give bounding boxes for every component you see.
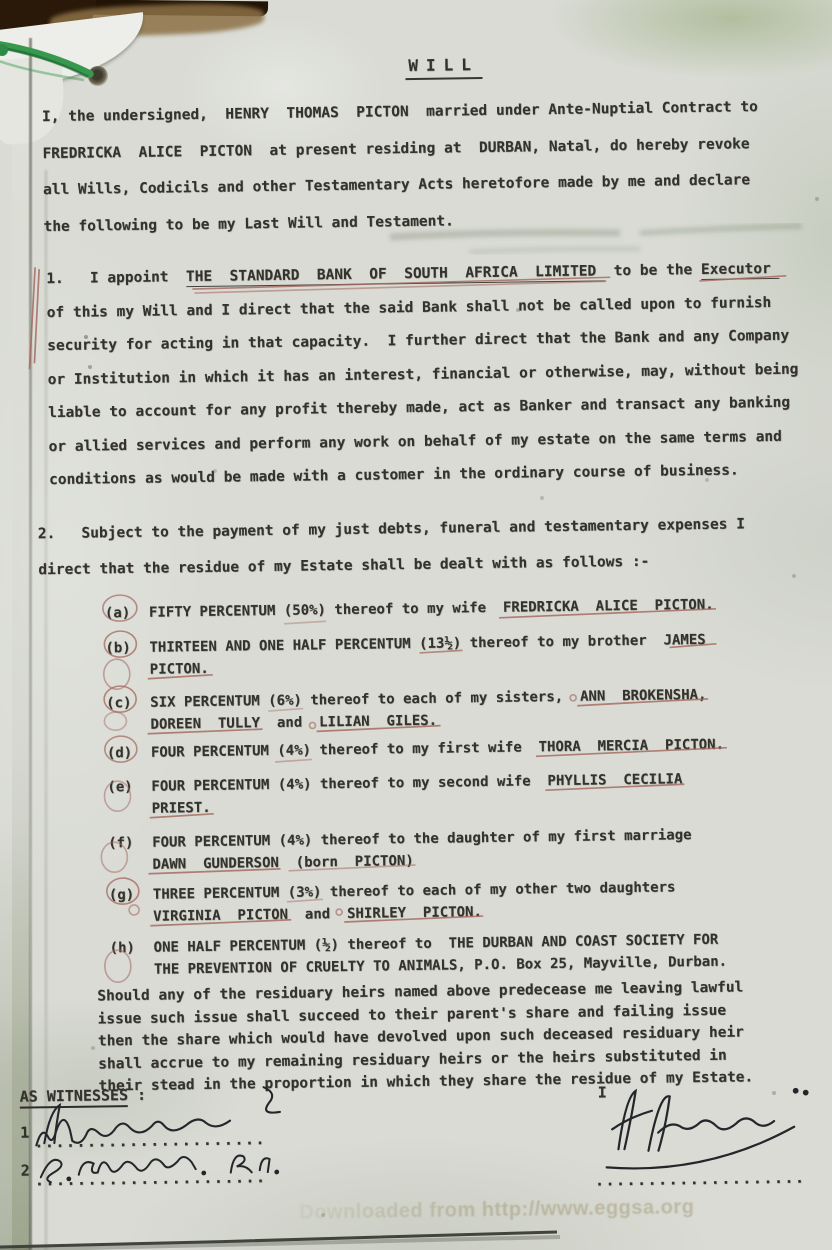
witnesses-heading-text: AS WITNESSES xyxy=(20,1086,129,1109)
clause-2-residue: 2. Subject to the payment of my just deb… xyxy=(38,506,746,588)
testator-signature xyxy=(606,1089,809,1169)
red-margin-strokes xyxy=(28,267,40,369)
item-letter: (b) xyxy=(105,637,131,659)
witness-2-number: 2 xyxy=(21,1161,30,1179)
typed-document: WILL I, the undersigned, HENRY THOMAS PI… xyxy=(0,0,832,1250)
text-line: FOUR PERCENTUM (4%) thereof to my first … xyxy=(151,734,724,764)
clause-1-executor: 1. I appoint THE STANDARD BANK OF SOUTH … xyxy=(46,253,800,498)
scanned-will-page: WILL I, the undersigned, HENRY THOMAS PI… xyxy=(0,0,832,1250)
opening-paragraph: I, the undersigned, HENRY THOMAS PICTON … xyxy=(42,89,760,245)
item-letter: (d) xyxy=(107,742,133,764)
witnesses-heading: AS WITNESSES : xyxy=(20,1086,147,1106)
witness-1-signature-line: ...................... xyxy=(34,1130,266,1151)
witness-1-number: 1 xyxy=(20,1123,29,1141)
clause-1-number: 1. I appoint xyxy=(46,269,186,287)
testator-mark: I xyxy=(598,1083,607,1101)
watermark-text: Downloaded from http://www.eggsa.org xyxy=(299,1196,694,1225)
witnesses-heading-colon: : xyxy=(128,1086,146,1104)
item-letter: (a) xyxy=(105,602,131,624)
document-title: WILL xyxy=(405,55,482,80)
executor-bank-name: THE STANDARD BANK OF SOUTH AFRICA LIMITE… xyxy=(186,263,605,287)
residuary-heirs-paragraph: Should any of the residuary heirs named … xyxy=(97,976,753,1098)
item-letter: (g) xyxy=(109,884,135,906)
clause-1-mid: to be the xyxy=(605,262,701,279)
item-letter: (e) xyxy=(107,776,133,798)
executor-word: Executor xyxy=(701,261,779,280)
item-letter: (f) xyxy=(108,832,134,854)
witness-2-signature-line: ...................... xyxy=(35,1168,267,1189)
item-letter: (c) xyxy=(106,692,132,714)
text-line: FIFTY PERCENTUM (50%) thereof to my wife… xyxy=(149,594,714,624)
testator-signature-line: .................... xyxy=(595,1169,806,1190)
item-letter: (h) xyxy=(109,937,135,959)
paper-specks xyxy=(0,0,2,2)
